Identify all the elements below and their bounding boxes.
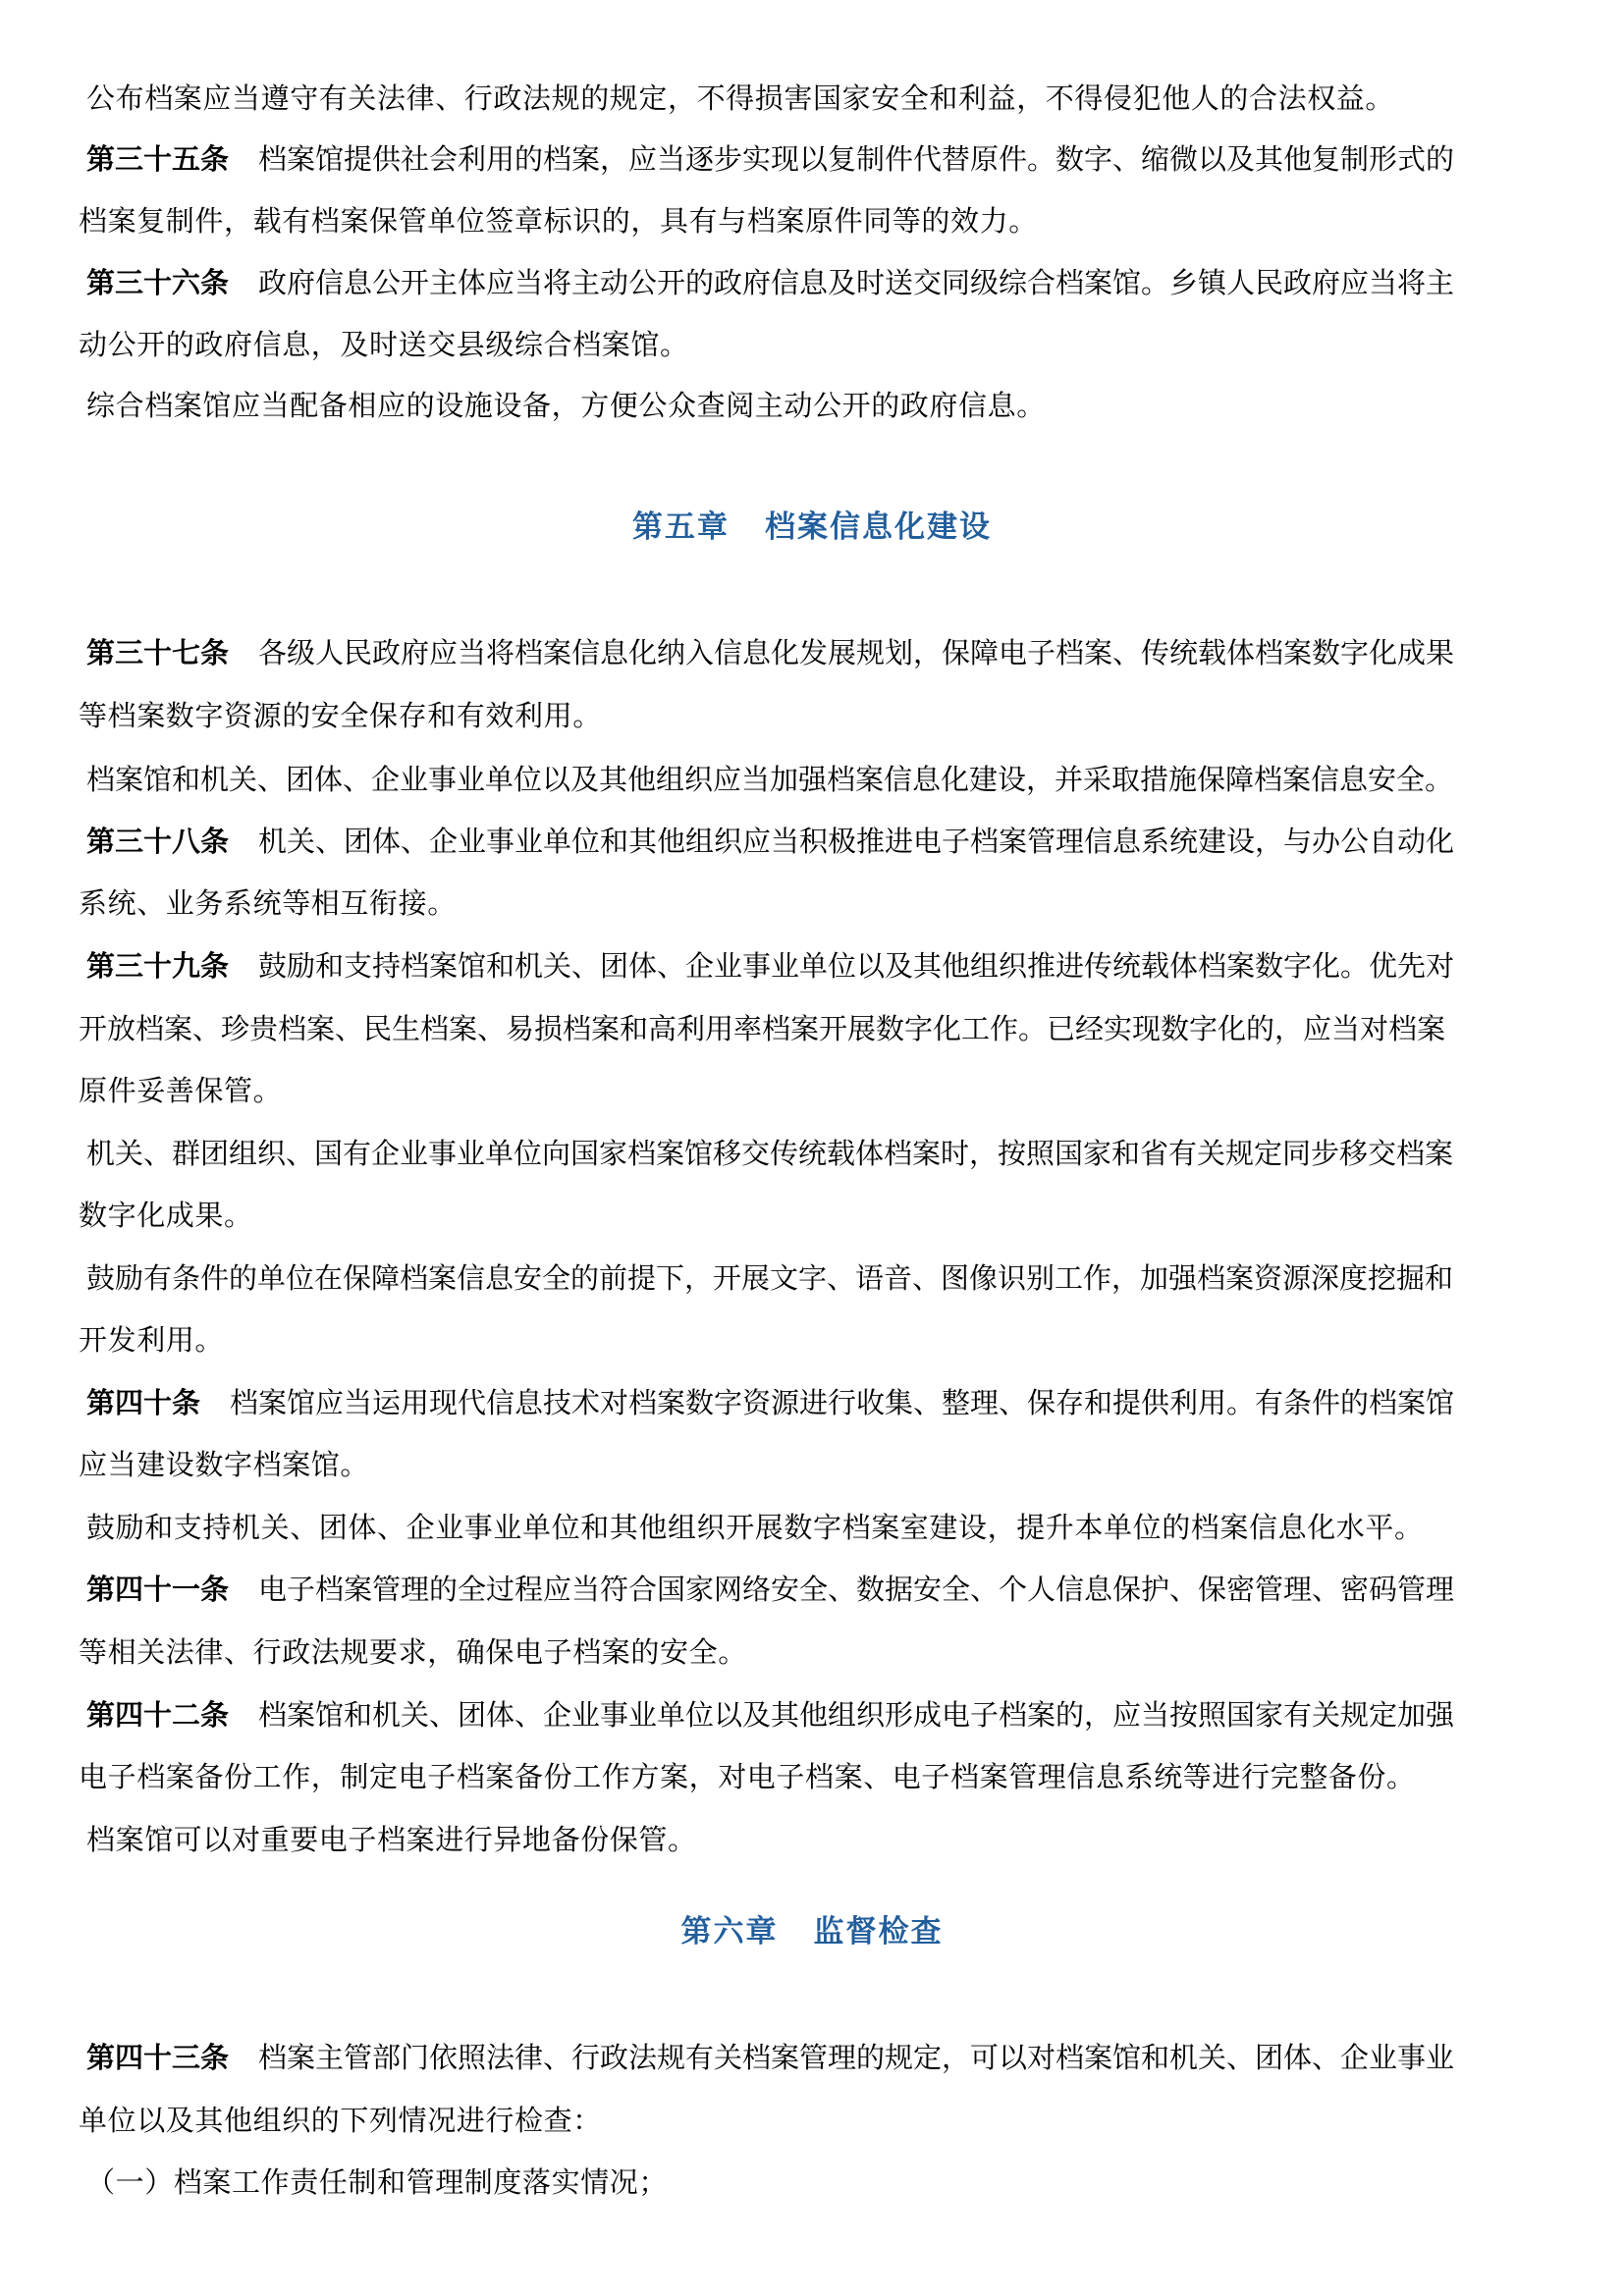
body-text: 应当建设数字档案馆。 xyxy=(79,1448,369,1481)
paragraph-line: 鼓励有条件的单位在保障档案信息安全的前提下，开展文字、语音、图像识别工作，加强档… xyxy=(86,1258,1524,1298)
paragraph-line: 单位以及其他组织的下列情况进行检查： xyxy=(79,2101,1524,2140)
paragraph-line: 原件妥善保管。 xyxy=(79,1071,1524,1110)
body-text: 鼓励和支持机关、团体、企业事业单位和其他组织开展数字档案室建设，提升本单位的档案… xyxy=(86,1511,1424,1544)
body-text: 电子档案备份工作，制定电子档案备份工作方案，对电子档案、电子档案管理信息系统等进… xyxy=(79,1760,1416,1793)
article-number: 第四十三条 xyxy=(86,2041,229,2074)
body-text: 档案馆和机关、团体、企业事业单位以及其他组织应当加强档案信息化建设，并采取措施保… xyxy=(86,763,1453,796)
body-text: 档案馆提供社会利用的档案，应当逐步实现以复制件代替原件。数字、缩微以及其他复制形… xyxy=(258,142,1454,176)
body-text: 开发利用。 xyxy=(79,1323,224,1357)
paragraph-line: 档案复制件，载有档案保管单位签章标识的，具有与档案原件同等的效力。 xyxy=(79,201,1524,240)
body-text: 公布档案应当遵守有关法律、行政法规的规定，不得损害国家安全和利益，不得侵犯他人的… xyxy=(86,81,1394,115)
paragraph-line: 电子档案备份工作，制定电子档案备份工作方案，对电子档案、电子档案管理信息系统等进… xyxy=(79,1757,1524,1796)
paragraph-line: 开放档案、珍贵档案、民生档案、易损档案和高利用率档案开展数字化工作。已经实现数字… xyxy=(79,1009,1524,1048)
article-paragraph: 第四十一条电子档案管理的全过程应当符合国家网络安全、数据安全、个人信息保护、保密… xyxy=(86,1570,1524,1609)
paragraph-line: 机关、群团组织、国有企业事业单位向国家档案馆移交传统载体档案时，按照国家和省有关… xyxy=(86,1134,1524,1173)
paragraph-line: 系统、业务系统等相互衔接。 xyxy=(79,883,1524,923)
body-text: 数字化成果。 xyxy=(79,1199,253,1232)
paragraph-line: 档案馆可以对重要电子档案进行异地备份保管。 xyxy=(86,1820,1524,1859)
article-paragraph: 第三十五条档案馆提供社会利用的档案，应当逐步实现以复制件代替原件。数字、缩微以及… xyxy=(86,139,1524,179)
body-text: 档案馆和机关、团体、企业事业单位以及其他组织形成电子档案的，应当按照国家有关规定… xyxy=(258,1698,1454,1732)
chapter-heading: 第五章档案信息化建设 xyxy=(0,506,1624,549)
article-paragraph: 第四十条档案馆应当运用现代信息技术对档案数字资源进行收集、整理、保存和提供利用。… xyxy=(86,1383,1524,1422)
body-text: 动公开的政府信息，及时送交县级综合档案馆。 xyxy=(79,328,689,361)
document-page: 公布档案应当遵守有关法律、行政法规的规定，不得损害国家安全和利益，不得侵犯他人的… xyxy=(0,0,1624,2296)
body-text: 档案复制件，载有档案保管单位签章标识的，具有与档案原件同等的效力。 xyxy=(79,204,1038,238)
body-text: 等相关法律、行政法规要求，确保电子档案的安全。 xyxy=(79,1635,747,1669)
paragraph-line: 应当建设数字档案馆。 xyxy=(79,1445,1524,1484)
body-text: 档案主管部门依照法律、行政法规有关档案管理的规定，可以对档案馆和机关、团体、企业… xyxy=(258,2041,1454,2074)
paragraph-line: 公布档案应当遵守有关法律、行政法规的规定，不得损害国家安全和利益，不得侵犯他人的… xyxy=(86,79,1524,118)
article-paragraph: 第四十二条档案馆和机关、团体、企业事业单位以及其他组织形成电子档案的，应当按照国… xyxy=(86,1695,1524,1735)
body-text: 机关、群团组织、国有企业事业单位向国家档案馆移交传统载体档案时，按照国家和省有关… xyxy=(86,1137,1453,1170)
body-text: 档案馆可以对重要电子档案进行异地备份保管。 xyxy=(86,1823,697,1856)
body-text: 原件妥善保管。 xyxy=(79,1074,282,1107)
paragraph-line: 综合档案馆应当配备相应的设施设备，方便公众查阅主动公开的政府信息。 xyxy=(86,386,1524,425)
article-number: 第三十九条 xyxy=(86,949,229,983)
article-number: 第四十条 xyxy=(86,1386,200,1419)
article-number: 第三十八条 xyxy=(86,825,229,858)
body-text: 系统、业务系统等相互衔接。 xyxy=(79,886,457,920)
paragraph-line: （一）档案工作责任制和管理制度落实情况； xyxy=(86,2163,1524,2202)
article-paragraph: 第三十八条机关、团体、企业事业单位和其他组织应当积极推进电子档案管理信息系统建设… xyxy=(86,822,1524,861)
article-number: 第四十二条 xyxy=(86,1698,229,1732)
body-text: 鼓励和支持档案馆和机关、团体、企业事业单位以及其他组织推进传统载体档案数字化。优… xyxy=(258,949,1454,983)
article-paragraph: 第三十九条鼓励和支持档案馆和机关、团体、企业事业单位以及其他组织推进传统载体档案… xyxy=(86,946,1524,986)
body-text: 政府信息公开主体应当将主动公开的政府信息及时送交同级综合档案馆。乡镇人民政府应当… xyxy=(258,266,1454,299)
body-text: （一）档案工作责任制和管理制度落实情况； xyxy=(86,2165,668,2199)
chapter-heading: 第六章监督检查 xyxy=(0,1910,1624,1953)
chapter-number: 第六章 xyxy=(681,1914,779,1949)
paragraph-line: 档案馆和机关、团体、企业事业单位以及其他组织应当加强档案信息化建设，并采取措施保… xyxy=(86,760,1524,799)
article-number: 第三十六条 xyxy=(86,266,229,299)
paragraph-line: 开发利用。 xyxy=(79,1320,1524,1360)
chapter-title: 监督检查 xyxy=(814,1914,944,1949)
body-text: 等档案数字资源的安全保存和有效利用。 xyxy=(79,699,602,732)
article-number: 第三十五条 xyxy=(86,142,229,176)
body-text: 各级人民政府应当将档案信息化纳入信息化发展规划，保障电子档案、传统载体档案数字化… xyxy=(258,636,1454,669)
paragraph-line: 等相关法律、行政法规要求，确保电子档案的安全。 xyxy=(79,1632,1524,1672)
article-paragraph: 第三十七条各级人民政府应当将档案信息化纳入信息化发展规划，保障电子档案、传统载体… xyxy=(86,633,1524,672)
chapter-title: 档案信息化建设 xyxy=(765,509,992,545)
article-paragraph: 第四十三条档案主管部门依照法律、行政法规有关档案管理的规定，可以对档案馆和机关、… xyxy=(86,2038,1524,2077)
body-text: 档案馆应当运用现代信息技术对档案数字资源进行收集、整理、保存和提供利用。有条件的… xyxy=(230,1386,1454,1419)
body-text: 开放档案、珍贵档案、民生档案、易损档案和高利用率档案开展数字化工作。已经实现数字… xyxy=(79,1012,1445,1045)
paragraph-line: 鼓励和支持机关、团体、企业事业单位和其他组织开展数字档案室建设，提升本单位的档案… xyxy=(86,1508,1524,1547)
paragraph-line: 等档案数字资源的安全保存和有效利用。 xyxy=(79,696,1524,735)
article-number: 第三十七条 xyxy=(86,636,229,669)
chapter-number: 第五章 xyxy=(632,509,730,545)
body-text: 单位以及其他组织的下列情况进行检查： xyxy=(79,2104,602,2137)
paragraph-line: 动公开的政府信息，及时送交县级综合档案馆。 xyxy=(79,325,1524,364)
body-text: 鼓励有条件的单位在保障档案信息安全的前提下，开展文字、语音、图像识别工作，加强档… xyxy=(86,1261,1453,1295)
body-text: 电子档案管理的全过程应当符合国家网络安全、数据安全、个人信息保护、保密管理、密码… xyxy=(258,1573,1454,1606)
article-paragraph: 第三十六条政府信息公开主体应当将主动公开的政府信息及时送交同级综合档案馆。乡镇人… xyxy=(86,263,1524,302)
paragraph-line: 数字化成果。 xyxy=(79,1196,1524,1235)
body-text: 综合档案馆应当配备相应的设施设备，方便公众查阅主动公开的政府信息。 xyxy=(86,389,1046,422)
body-text: 机关、团体、企业事业单位和其他组织应当积极推进电子档案管理信息系统建设，与办公自… xyxy=(258,825,1454,858)
article-number: 第四十一条 xyxy=(86,1573,229,1606)
